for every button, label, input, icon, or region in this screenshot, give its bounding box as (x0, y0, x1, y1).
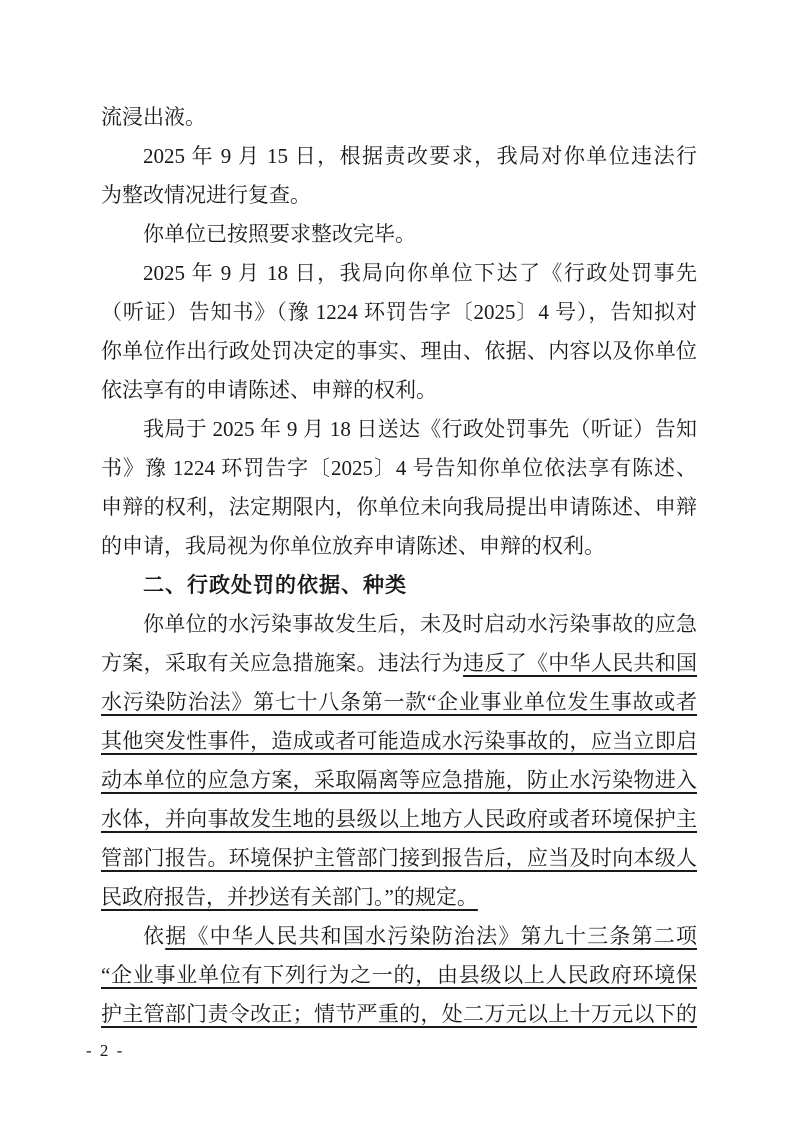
text-segment: 依法享有的申请陈述、申辩的权利。 (101, 378, 437, 402)
text-segment: 我局于 2025 年 9 月 18 日送达《行政处罚事先（听证）告知 (143, 417, 697, 441)
body-line: 护主管部门责令改正；情节严重的，处二万元以上十万元以下的 (101, 995, 697, 1034)
body-line: 动本单位的应急方案，采取隔离等应急措施，防止水污染物进入 (101, 761, 697, 800)
body-line: 你单位已按照要求整改完毕。 (101, 215, 697, 254)
body-line: 2025 年 9 月 15 日，根据责改要求，我局对你单位违法行 (101, 137, 697, 176)
text-segment: 你单位已按照要求整改完毕。 (143, 222, 416, 246)
underlined-legal-citation: 违反了《中华人民共和国 (463, 651, 697, 675)
underlined-legal-citation: 其他突发性事件，造成或者可能造成水污染事故的，应当立即启 (101, 729, 697, 753)
body-line: 管部门报告。环境保护主管部门接到报告后，应当及时向本级人 (101, 839, 697, 878)
body-line: 水污染防治法》第七十八条第一款“企业事业单位发生事故或者 (101, 683, 697, 722)
body-line: 其他突发性事件，造成或者可能造成水污染事故的，应当立即启 (101, 722, 697, 761)
underlined-legal-citation: 动本单位的应急方案，采取隔离等应急措施，防止水污染物进入 (101, 768, 697, 792)
text-segment: 申辩的权利，法定期限内，你单位未向我局提出申请陈述、申辩 (101, 495, 697, 519)
underlined-legal-citation: 水体，并向事故发生地的县级以上地方人民政府或者环境保护主 (101, 807, 697, 831)
body-line: 水体，并向事故发生地的县级以上地方人民政府或者环境保护主 (101, 800, 697, 839)
document-body: 流浸出液。2025 年 9 月 15 日，根据责改要求，我局对你单位违法行为整改… (101, 98, 697, 1034)
text-segment: 的申请，我局视为你单位放弃申请陈述、申辩的权利。 (101, 534, 605, 558)
page-number: - 2 - (86, 1040, 124, 1062)
underlined-legal-citation: 水污染防治法》第七十八条第一款“企业事业单位发生事故或者 (101, 690, 697, 714)
body-line: 依据《中华人民共和国水污染防治法》第九十三条第二项 (101, 917, 697, 956)
text-segment: （听证）告知书》（豫 1224 环罚告字〔2025〕4 号），告知拟对 (101, 300, 697, 324)
body-line: “企业事业单位有下列行为之一的，由县级以上人民政府环境保 (101, 956, 697, 995)
body-line: 书》豫 1224 环罚告字〔2025〕4 号告知你单位依法享有陈述、 (101, 449, 697, 488)
body-line: 你单位的水污染事故发生后，未及时启动水污染事故的应急 (101, 605, 697, 644)
text-segment: 为整改情况进行复查。 (101, 183, 311, 207)
text-segment: 2025 年 9 月 18 日，我局向你单位下达了《行政处罚事先 (143, 261, 697, 285)
text-segment: 方案，采取有关应急措施案。违法行为 (101, 651, 463, 675)
text-segment: 你单位作出行政处罚决定的事实、理由、依据、内容以及你单位 (101, 339, 697, 363)
body-line: 的申请，我局视为你单位放弃申请陈述、申辩的权利。 (101, 527, 697, 566)
document-page: 流浸出液。2025 年 9 月 15 日，根据责改要求，我局对你单位违法行为整改… (0, 0, 793, 1122)
underlined-legal-citation: 管部门报告。环境保护主管部门接到报告后，应当及时向本级人 (101, 846, 697, 870)
body-line: 申辩的权利，法定期限内，你单位未向我局提出申请陈述、申辩 (101, 488, 697, 527)
body-line: 流浸出液。 (101, 98, 697, 137)
underlined-legal-citation: 据《中华人民共和国水污染防治法》第九十三条第二项 (165, 924, 697, 948)
text-segment: 书》豫 1224 环罚告字〔2025〕4 号告知你单位依法享有陈述、 (101, 456, 697, 480)
text-segment: 你单位的水污染事故发生后，未及时启动水污染事故的应急 (143, 612, 697, 636)
text-segment: 流浸出液。 (101, 105, 206, 129)
body-line: 依法享有的申请陈述、申辩的权利。 (101, 371, 697, 410)
underlined-legal-citation: 护主管部门责令改正；情节严重的，处二万元以上十万元以下的 (101, 1002, 697, 1026)
body-line: 你单位作出行政处罚决定的事实、理由、依据、内容以及你单位 (101, 332, 697, 371)
underlined-legal-citation: “企业事业单位有下列行为之一的，由县级以上人民政府环境保 (101, 963, 697, 987)
body-line: 我局于 2025 年 9 月 18 日送达《行政处罚事先（听证）告知 (101, 410, 697, 449)
body-line: 方案，采取有关应急措施案。违法行为违反了《中华人民共和国 (101, 644, 697, 683)
body-line: 2025 年 9 月 18 日，我局向你单位下达了《行政处罚事先 (101, 254, 697, 293)
section-heading: 二、行政处罚的依据、种类 (101, 566, 697, 605)
body-line: 为整改情况进行复查。 (101, 176, 697, 215)
text-segment: 2025 年 9 月 15 日，根据责改要求，我局对你单位违法行 (143, 144, 697, 168)
body-line: 民政府报告，并抄送有关部门。”的规定。 (101, 878, 697, 917)
text-segment: 依 (143, 924, 165, 948)
body-line: （听证）告知书》（豫 1224 环罚告字〔2025〕4 号），告知拟对 (101, 293, 697, 332)
text-segment: 二、行政处罚的依据、种类 (143, 574, 407, 597)
underlined-legal-citation: 民政府报告，并抄送有关部门。”的规定。 (101, 885, 478, 909)
